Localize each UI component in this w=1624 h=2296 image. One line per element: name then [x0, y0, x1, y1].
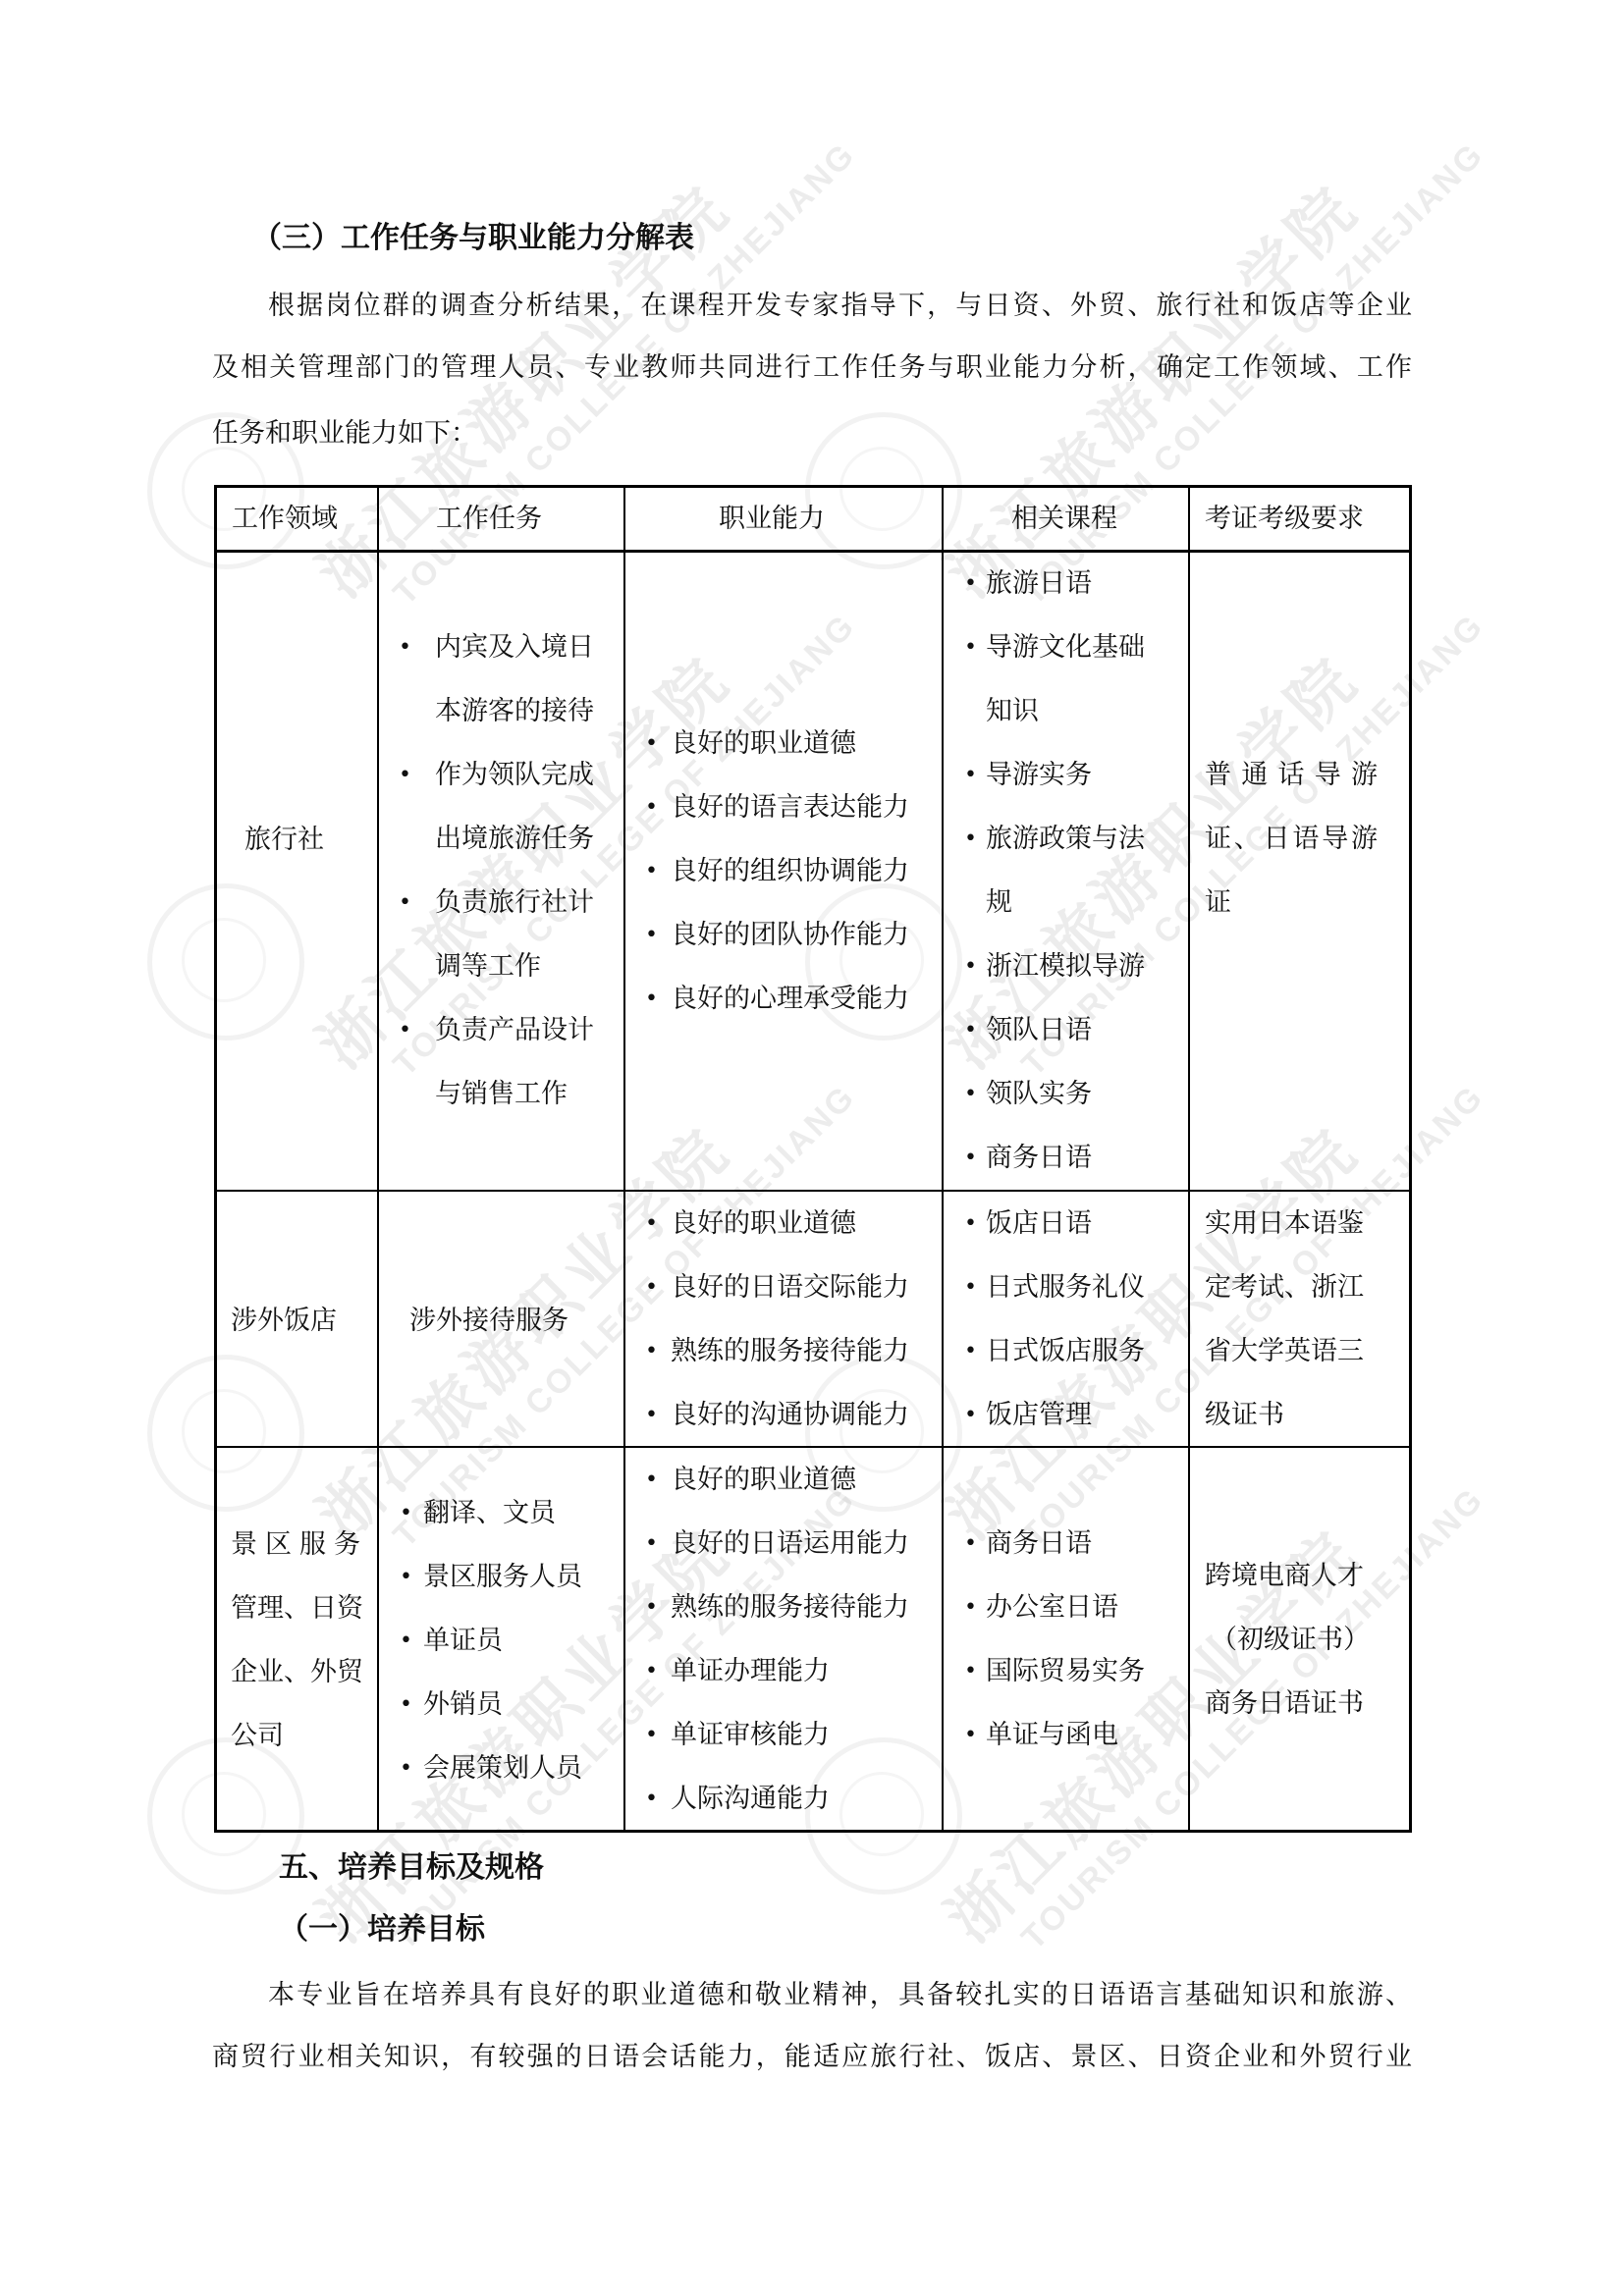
cell-domain: 企业、外贸 [231, 1659, 360, 1685]
paragraph-line: 根据岗位群的调查分析结果，在课程开发专家指导下，与日资、外贸、旅行社和饭店等企业 [268, 293, 1412, 319]
cell-domain: 旅行社 [244, 827, 324, 853]
bullet-icon: • [645, 1213, 658, 1235]
cell-domain: 管理、日资 [231, 1595, 360, 1622]
ability-item: 熟练的服务接待能力 [671, 1338, 909, 1364]
course-item: 日式饭店服务 [986, 1338, 1145, 1364]
ability-item: 熟练的服务接待能力 [671, 1594, 909, 1621]
course-item: 知识 [986, 698, 1039, 724]
table-col-divider [377, 485, 379, 1833]
task-line: 负责旅行社计 [435, 889, 594, 916]
bullet-icon: • [400, 1758, 412, 1780]
cell-domain: 景区服务 [231, 1531, 360, 1558]
ability-item: 单证审核能力 [671, 1722, 830, 1748]
course-item: 商务日语 [986, 1145, 1092, 1171]
cell-domain: 公司 [231, 1723, 284, 1749]
task-line: 单证员 [423, 1628, 503, 1654]
paragraph-line: 任务和职业能力如下： [212, 420, 477, 447]
bullet-icon: • [645, 1533, 658, 1555]
ability-item: 良好的职业道德 [671, 1467, 856, 1493]
course-item: 导游文化基础 [986, 634, 1145, 661]
watermark-seal-icon [805, 1737, 962, 1895]
bullet-icon: • [400, 1694, 412, 1716]
course-item: 旅游政策与法 [986, 826, 1145, 852]
bullet-icon: • [645, 988, 658, 1010]
bullet-icon: • [399, 637, 411, 659]
course-item: 导游实务 [986, 762, 1092, 788]
bullet-icon: • [645, 1469, 658, 1491]
certificate-line: 跨境电商人才 [1205, 1563, 1364, 1589]
bullet-icon: • [400, 1567, 412, 1588]
certificate-line: 普通话导游 [1205, 762, 1378, 788]
section-heading: （三）工作任务与职业能力分解表 [252, 224, 694, 253]
watermark-seal-icon [805, 883, 962, 1041]
bullet-icon: • [964, 1725, 977, 1746]
bullet-icon: • [645, 861, 658, 882]
certificate-line: 定考试、浙江 [1205, 1274, 1364, 1301]
certificate-line: 省大学英语三 [1205, 1338, 1364, 1364]
bullet-icon: • [964, 1405, 977, 1426]
bullet-icon: • [964, 1020, 977, 1041]
course-item: 浙江模拟导游 [986, 953, 1145, 980]
table-col-divider [1188, 485, 1190, 1833]
ability-item: 良好的日语运用能力 [671, 1530, 909, 1557]
bullet-icon: • [399, 765, 411, 786]
bullet-icon: • [645, 1277, 658, 1299]
bullet-icon: • [964, 1084, 977, 1105]
table-border-left [214, 485, 217, 1833]
column-header: 工作任务 [436, 506, 542, 532]
course-item: 饭店管理 [986, 1402, 1092, 1428]
section-5-heading: 五、培养目标及规格 [279, 1853, 544, 1883]
column-header: 考证考级要求 [1205, 506, 1364, 532]
bullet-icon: • [645, 1789, 658, 1810]
bullet-icon: • [964, 637, 977, 659]
task-line: 与销售工作 [435, 1081, 568, 1107]
table-col-divider [942, 485, 944, 1833]
bullet-icon: • [964, 1661, 977, 1682]
certificate-line: 证 [1205, 889, 1231, 916]
course-item: 国际贸易实务 [986, 1658, 1145, 1684]
column-header: 相关课程 [1011, 506, 1117, 532]
bullet-icon: • [400, 1630, 412, 1652]
ability-item: 良好的心理承受能力 [671, 986, 909, 1012]
ability-item: 良好的组织协调能力 [671, 858, 909, 884]
bullet-icon: • [964, 1148, 977, 1169]
table-header-divider [214, 550, 1412, 553]
table-row-divider [214, 1446, 1412, 1448]
task-line: 负责产品设计 [435, 1017, 594, 1043]
ability-item: 单证办理能力 [671, 1658, 830, 1684]
task-line: 会展策划人员 [423, 1755, 582, 1782]
bullet-icon: • [645, 925, 658, 946]
task-line: 涉外接待服务 [409, 1308, 568, 1334]
paragraph-line: 本专业旨在培养具有良好的职业道德和敬业精神，具备较扎实的日语语言基础知识和旅游、 [268, 1982, 1412, 2008]
watermark-seal-icon [147, 883, 304, 1041]
course-item: 单证与函电 [986, 1722, 1118, 1748]
table-col-divider [623, 485, 625, 1833]
bullet-icon: • [645, 1725, 658, 1746]
bullet-icon: • [964, 1213, 977, 1235]
table-row-divider [214, 1190, 1412, 1192]
table-border-bottom [214, 1830, 1412, 1833]
paragraph-line: 商贸行业相关知识，有较强的日语会话能力，能适应旅行社、饭店、景区、日资企业和外贸… [212, 2044, 1412, 2070]
bullet-icon: • [645, 1405, 658, 1426]
bullet-icon: • [964, 828, 977, 850]
course-item: 办公室日语 [986, 1594, 1118, 1621]
certificate-line: 实用日本语鉴 [1205, 1210, 1364, 1237]
bullet-icon: • [645, 1661, 658, 1682]
bullet-icon: • [645, 797, 658, 819]
bullet-icon: • [964, 1533, 977, 1555]
course-item: 规 [986, 889, 1012, 916]
ability-item: 良好的语言表达能力 [671, 794, 909, 821]
subsection-heading: （一）培养目标 [279, 1915, 485, 1945]
bullet-icon: • [964, 765, 977, 786]
ability-item: 良好的沟通协调能力 [671, 1402, 909, 1428]
bullet-icon: • [399, 1020, 411, 1041]
bullet-icon: • [645, 1597, 658, 1619]
bullet-icon: • [964, 1597, 977, 1619]
bullet-icon: • [964, 1341, 977, 1362]
certificate-line: 级证书 [1205, 1402, 1284, 1428]
column-header: 工作领域 [232, 506, 338, 532]
task-line: 作为领队完成 [435, 762, 594, 788]
watermark-seal-icon [147, 1355, 304, 1512]
course-item: 旅游日语 [986, 570, 1092, 597]
task-line: 景区服务人员 [423, 1564, 582, 1590]
ability-item: 良好的职业道德 [671, 730, 856, 757]
bullet-icon: • [399, 892, 411, 914]
certificate-line: 商务日语证书 [1205, 1690, 1364, 1717]
course-item: 饭店日语 [986, 1210, 1092, 1237]
table-border-top [214, 485, 1412, 488]
bullet-icon: • [645, 733, 658, 755]
paragraph-line: 及相关管理部门的管理人员、专业教师共同进行工作任务与职业能力分析，确定工作领域、… [212, 354, 1412, 381]
watermark-seal-icon [805, 412, 962, 569]
task-line: 本游客的接待 [435, 698, 594, 724]
bullet-icon: • [964, 573, 977, 595]
bullet-icon: • [964, 956, 977, 978]
task-line: 外销员 [423, 1691, 503, 1718]
column-header: 职业能力 [719, 506, 825, 532]
task-line: 内宾及入境日 [435, 634, 594, 661]
ability-item: 良好的日语交际能力 [671, 1274, 909, 1301]
ability-item: 良好的职业道德 [671, 1210, 856, 1237]
table-border-right [1409, 485, 1412, 1833]
bullet-icon: • [964, 1277, 977, 1299]
watermark-text: 浙江旅游职业学院TOURISM COLLEGE OF ZHEJIANG [295, 1416, 864, 1986]
certificate-line: 证、日语导游 [1205, 826, 1378, 852]
course-item: 商务日语 [986, 1530, 1092, 1557]
course-item: 领队日语 [986, 1017, 1092, 1043]
ability-item: 良好的团队协作能力 [671, 922, 909, 948]
course-item: 日式服务礼仪 [986, 1274, 1145, 1301]
bullet-icon: • [645, 1341, 658, 1362]
certificate-line: （初级证书） [1211, 1627, 1370, 1653]
ability-item: 人际沟通能力 [671, 1786, 830, 1812]
cell-domain: 涉外饭店 [231, 1308, 337, 1334]
bullet-icon: • [400, 1503, 412, 1524]
task-line: 调等工作 [435, 953, 541, 980]
course-item: 领队实务 [986, 1081, 1092, 1107]
task-line: 出境旅游任务 [435, 826, 594, 852]
task-line: 翻译、文员 [423, 1500, 556, 1526]
